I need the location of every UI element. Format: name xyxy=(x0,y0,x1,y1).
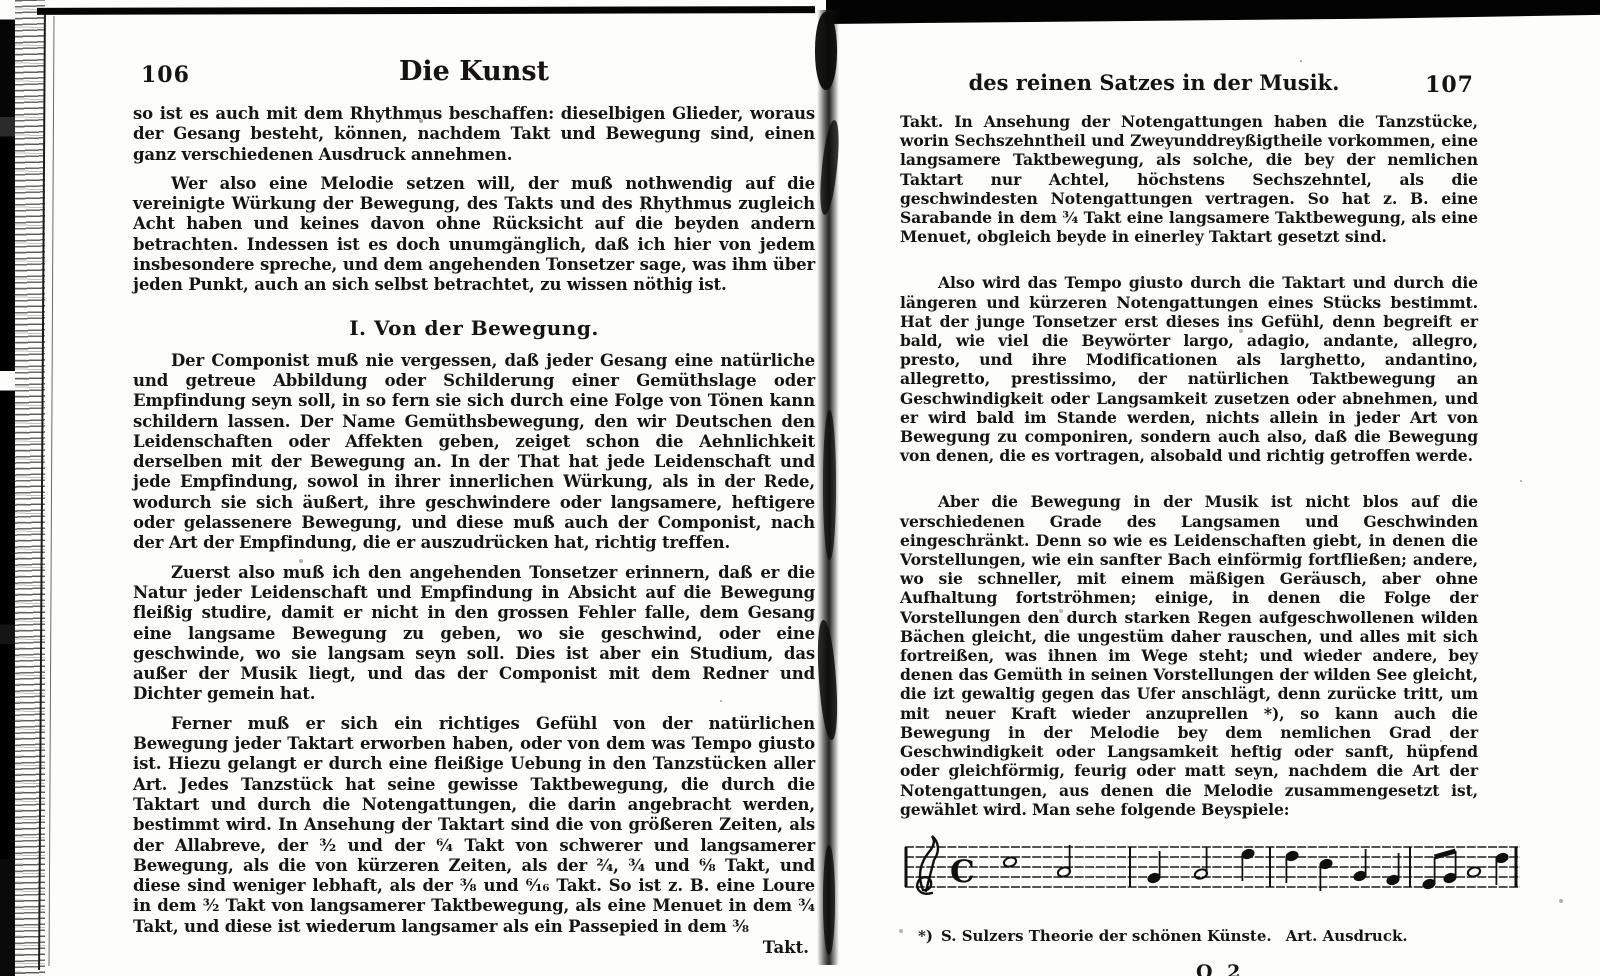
right-page: des reinen Satzes in der Musik. 107 Takt… xyxy=(900,0,1478,976)
gathering-signature: O 2 xyxy=(1196,961,1478,976)
paragraph: Ferner muß er sich ein richtiges Gefühl … xyxy=(133,714,815,937)
gutter-ink-blob xyxy=(823,410,836,560)
page-fold-line-thin xyxy=(49,16,55,966)
gutter-ink-blob xyxy=(815,12,837,90)
footnote-article-ref: Art. Ausdruck. xyxy=(1286,927,1408,945)
note-beam xyxy=(1435,851,1456,857)
left-running-title: Die Kunst xyxy=(133,56,815,87)
paragraph: Aber die Bewegung in der Musik ist nicht… xyxy=(900,492,1478,818)
paragraph: Zuerst also muß ich den angehenden Tonse… xyxy=(133,563,815,705)
paper-speckles xyxy=(0,0,2,2)
footnote-text: S. Sulzers Theorie der schönen Künste. xyxy=(941,927,1272,945)
treble-clef-icon xyxy=(917,836,938,894)
music-example-staff: C xyxy=(902,833,1522,907)
left-page: 106 Die Kunst so ist es auch mit dem Rhy… xyxy=(133,0,815,957)
footnote-marker: *) xyxy=(918,927,933,945)
paragraph: Wer also eine Melodie setzen will, der m… xyxy=(133,174,815,296)
right-page-body: Takt. In Ansehung der Notengattungen hab… xyxy=(900,112,1478,819)
time-signature: C xyxy=(950,854,975,890)
section-heading: I. Von der Bewegung. xyxy=(133,316,815,340)
carryover-word: Takt. xyxy=(133,938,815,957)
paragraph: Der Componist muß nie vergessen, daß jed… xyxy=(133,351,815,554)
left-page-body: so ist es auch mit dem Rhythmus beschaff… xyxy=(133,104,815,957)
gutter-ink-blob xyxy=(823,845,835,955)
paragraph: Takt. In Ansehung der Notengattungen hab… xyxy=(900,112,1478,246)
scan-left-black-edge xyxy=(0,0,15,976)
paragraph: Also wird das Tempo giusto durch die Tak… xyxy=(900,273,1478,465)
right-page-number: 107 xyxy=(1425,72,1474,98)
music-example: C xyxy=(902,833,1522,911)
footnote: *)S. Sulzers Theorie der schönen Künste.… xyxy=(900,927,1478,945)
right-page-header: des reinen Satzes in der Musik. 107 xyxy=(900,72,1478,102)
right-running-title: des reinen Satzes in der Musik. xyxy=(900,70,1408,95)
paragraph: so ist es auch mit dem Rhythmus beschaff… xyxy=(133,104,815,165)
left-page-header: 106 Die Kunst xyxy=(133,62,815,92)
